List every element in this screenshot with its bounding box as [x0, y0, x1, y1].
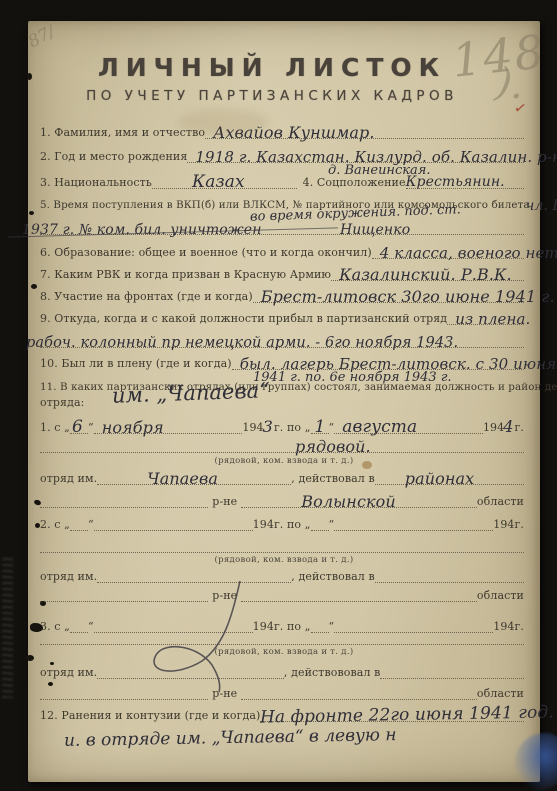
year-printed: 194 [253, 518, 274, 531]
field-row-6: 6. Образование: общее и военное (что и к… [40, 245, 524, 259]
ruled-line: августа [334, 420, 483, 434]
handwritten-arrival-2: рабоч. колонный пр немецкой арми. - 6го … [26, 336, 458, 351]
paper-hole [40, 601, 46, 606]
unit-label: отряд им. [40, 472, 97, 485]
field-label-nationality: 3. Национальность [40, 176, 152, 189]
ruled-line [40, 539, 524, 553]
handwritten-year-digit: 4 [503, 417, 513, 436]
role-caption: (рядовой, ком. взвода и т. д.) [28, 456, 540, 466]
year-printed: 194 [493, 518, 514, 531]
handwritten-nationality: Казах [192, 174, 245, 191]
handwritten-party-station: Нищенко [340, 223, 410, 237]
blue-ink-smudge [514, 733, 557, 791]
handwritten-month-2: августа [342, 419, 417, 436]
paper-hole [31, 284, 37, 289]
ruled-line: рядовой. [40, 439, 524, 453]
acted-label: , действововал в [284, 666, 381, 679]
ruled-line [70, 517, 88, 531]
ruled-line: рабоч. колонный пр немецкой арми. - 6го … [40, 334, 524, 348]
date-suffix: г. [515, 421, 524, 434]
date-prefix: 2. с „ [40, 518, 70, 531]
handwritten-rvk: Казалинский. Р.В.К. [339, 267, 512, 283]
service-block-1-region: р-не Волынской области [40, 494, 524, 508]
paper-hole [35, 523, 40, 528]
field-label-units-2: отряда: [40, 396, 84, 409]
unit-label: отряд им. [40, 666, 97, 679]
ruled-line [94, 517, 253, 531]
pencil-annotation-top-left: 87/ [25, 22, 59, 53]
handwritten-acted-area: районах [405, 471, 475, 487]
oblast-label: области [477, 495, 524, 508]
field-label-social-status: 4. Соцположение [297, 176, 406, 189]
year-printed: 194 [242, 421, 263, 434]
service-block-1-role: рядовой. [40, 439, 524, 453]
rust-stain [362, 461, 372, 469]
field-row-1: 1. Фамилия, имя и отчество Ахвайов Куншм… [40, 125, 524, 139]
field-row-12: 12. Ранения и контузии (где и когда) На … [40, 708, 524, 722]
handwritten-social-status: Крестьянин. [406, 175, 505, 189]
handwritten-day: 6 [72, 419, 83, 436]
ruled-line [380, 665, 524, 679]
service-block-2-role [40, 539, 524, 553]
ruled-line [375, 569, 524, 583]
unit-label: отряд им. [40, 570, 97, 583]
handwritten-education: 4 класса, военого нет. [380, 246, 557, 261]
acted-label: , действовал в [291, 570, 375, 583]
field-row-9b: рабоч. колонный пр немецкой арми. - 6го … [40, 334, 524, 348]
paper-hole [50, 662, 54, 665]
date-prefix: 1. с „ [40, 421, 70, 434]
ruled-line [334, 517, 493, 531]
handwritten-role: рядовой. [295, 439, 371, 455]
handwritten-arrival: из плена. [455, 312, 530, 327]
pen-flourish [128, 579, 298, 694]
handwritten-unit: Чапаева [147, 471, 218, 487]
service-block-2-dates: 2. с „ “ 194 г. по „ “ 194 г. [40, 517, 524, 531]
field-row-7: 7. Каким РВК и когда призван в Красную А… [40, 267, 524, 281]
ruled-line: Казалинский. Р.В.К. [331, 267, 524, 281]
field-row-8: 8. Участие на фронтах (где и когда) Брес… [40, 289, 524, 303]
ruled-line: Волынской [241, 494, 477, 508]
oblast-label: области [477, 589, 524, 602]
ruled-line: Крестьянин. [406, 175, 524, 189]
paper-hole [26, 655, 34, 661]
field-label-wounds: 12. Ранения и контузии (где и когда) [40, 709, 260, 722]
field-row-9: 9. Откуда, когда и с какой должности при… [40, 311, 524, 325]
paper-hole [29, 211, 34, 215]
ruled-line: 1 [311, 420, 329, 434]
ruled-line: Чапаева [97, 471, 291, 485]
handwritten-unit-name: им. „Чапаева“ [112, 380, 271, 406]
page-subtitle: ПО УЧЕТУ ПАРТИЗАНСКИХ КАДРОВ [28, 88, 516, 104]
ruled-line: На фронте 22го июня 1941 год. [260, 708, 524, 722]
document-paper: 87/ 148 ). ✓ ЛИЧНЫЙ ЛИСТОК ПО УЧЕТУ ПАРТ… [28, 21, 540, 782]
ruled-line: Брест-литовск 30го июне 1941 г. [253, 289, 524, 303]
ruled-line: 1918 г. Казахстан. Кизлурд. об. Казалин.… [187, 149, 524, 163]
handwritten-wounds-2: и. в отряде им. „Чапаева“ в левую н [64, 727, 397, 750]
ruled-line: из плена. [447, 311, 524, 325]
district-label: р-не [208, 495, 241, 508]
ruled-line: был. лагерь Брест-литовск. с 30 июня [232, 356, 524, 370]
ruled-line: ноября [94, 420, 243, 434]
service-block-1-dates: 1. с „ 6 “ ноября 1943 г. по „ 1 “ авгус… [40, 417, 524, 434]
field-row-3-4: 3. Национальность Казах 4. Соцположение … [40, 175, 524, 189]
date-suffix: г. [515, 518, 524, 531]
handwritten-party-membership: чл. ВЛКСМ. [526, 199, 557, 213]
paper-stain [178, 109, 268, 135]
paper-tear [30, 623, 43, 632]
field-label-birth: 2. Год и место рождения [40, 150, 187, 163]
field-label-surname: 1. Фамилия, имя и отчество [40, 126, 205, 139]
field-row-10: 10. Был ли в плену (где и когда) был. ла… [40, 356, 524, 370]
field-label-education: 6. Образование: общее и военное (что и к… [40, 246, 372, 259]
border-pencil-smudge [2, 558, 13, 698]
field-label-arrival: 9. Откуда, когда и с какой должности при… [40, 312, 447, 325]
handwritten-year-digit: 3 [263, 417, 273, 436]
handwritten-month: ноября [102, 420, 164, 436]
paper-hole [27, 73, 32, 80]
oblast-label: области [477, 687, 524, 700]
ruled-line: 6 [70, 420, 88, 434]
date-mid: г. по „ [274, 421, 311, 434]
field-label-captivity: 10. Был ли в плену (где и когда) [40, 357, 232, 370]
field-row-2: 2. Год и место рождения 1918 г. Казахста… [40, 149, 524, 163]
paper-hole [48, 682, 53, 686]
handwritten-day-2: 1 [315, 419, 326, 436]
ruled-line: Казах [152, 175, 297, 189]
handwritten-fronts: Брест-литовск 30го июне 1941 г. [261, 289, 555, 305]
year-printed: 194 [483, 421, 504, 434]
handwritten-wounds: На фронте 22го июня 1941 год. [260, 704, 554, 726]
ruled-line [311, 517, 329, 531]
role-caption: (рядовой, ком. взвода и т. д.) [28, 555, 540, 565]
field-label-fronts: 8. Участие на фронтах (где и когда) [40, 290, 253, 303]
date-mid: г. по „ [274, 518, 311, 531]
handwritten-district: Волынской [301, 494, 396, 510]
acted-label: , действовал в [291, 472, 375, 485]
field-label-rvk: 7. Каким РВК и когда призван в Красную А… [40, 268, 331, 281]
ruled-line: 4 класса, военого нет. [372, 245, 524, 259]
ruled-line: районах [375, 471, 524, 485]
ruled-line [40, 494, 208, 508]
page-title: ЛИЧНЫЙ ЛИСТОК [28, 53, 516, 82]
service-block-1-unit: отряд им. Чапаева , действовал в районах [40, 471, 524, 485]
